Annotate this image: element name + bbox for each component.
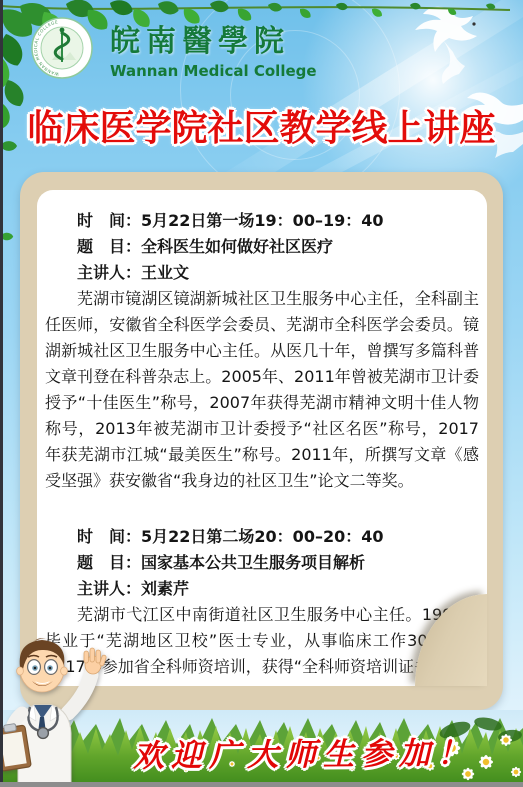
speaker-label: 主讲人： — [77, 579, 141, 598]
session-1-speaker: 主讲人：王业文 — [45, 260, 479, 286]
speaker-label: 主讲人： — [77, 263, 141, 282]
session-2-topic: 题 目：国家基本公共卫生服务项目解析 — [45, 550, 479, 576]
welcome-slogan: 欢迎广大师生参加！ — [95, 727, 513, 776]
doctor-mascot — [0, 629, 122, 785]
session-2-speaker: 主讲人：刘素芹 — [45, 576, 479, 602]
speaker-value: 王业文 — [141, 263, 189, 282]
time-label: 时 间： — [77, 211, 141, 230]
session-1-time: 时 间：5月22日第一场19：00–19：40 — [45, 208, 479, 234]
card-content: 时 间：5月22日第一场19：00–19：40 题 目：全科医生如何做好社区医疗… — [37, 190, 487, 680]
session-1-speaker-bio: 芜湖市镜湖区镜湖新城社区卫生服务中心主任，全科副主任医师，安徽省全科医学会委员、… — [45, 286, 479, 494]
topic-label: 题 目： — [77, 553, 141, 572]
header: WANNAN MEDICAL COLLEGE 皖南醫學院 Wannan Medi… — [30, 16, 317, 80]
topic-value: 全科医生如何做好社区医疗 — [141, 237, 333, 256]
topic-value: 国家基本公共卫生服务项目解析 — [141, 553, 365, 572]
college-name-en: Wannan Medical College — [110, 62, 317, 80]
poster-title: 临床医学院社区教学线上讲座 — [0, 100, 523, 151]
session-1-topic: 题 目：全科医生如何做好社区医疗 — [45, 234, 479, 260]
content-card-inner: 时 间：5月22日第一场19：00–19：40 题 目：全科医生如何做好社区医疗… — [37, 190, 487, 686]
screenshot-left-border — [0, 0, 3, 787]
college-name-zh: 皖南醫學院 — [110, 16, 317, 60]
wannan-medical-college-emblem: WANNAN MEDICAL COLLEGE — [30, 16, 94, 80]
lecture-poster: WANNAN MEDICAL COLLEGE 皖南醫學院 Wannan Medi… — [0, 0, 523, 787]
time-value: 5月22日第一场19：00–19：40 — [141, 211, 383, 230]
topic-label: 题 目： — [77, 237, 141, 256]
time-value: 5月22日第二场20：00–20：40 — [141, 527, 383, 546]
session-1: 时 间：5月22日第一场19：00–19：40 题 目：全科医生如何做好社区医疗… — [45, 208, 479, 494]
session-2-time: 时 间：5月22日第二场20：00–20：40 — [45, 524, 479, 550]
college-names: 皖南醫學院 Wannan Medical College — [110, 16, 317, 80]
speaker-value: 刘素芹 — [141, 579, 189, 598]
time-label: 时 间： — [77, 527, 141, 546]
screenshot-bottom-border — [0, 782, 523, 787]
